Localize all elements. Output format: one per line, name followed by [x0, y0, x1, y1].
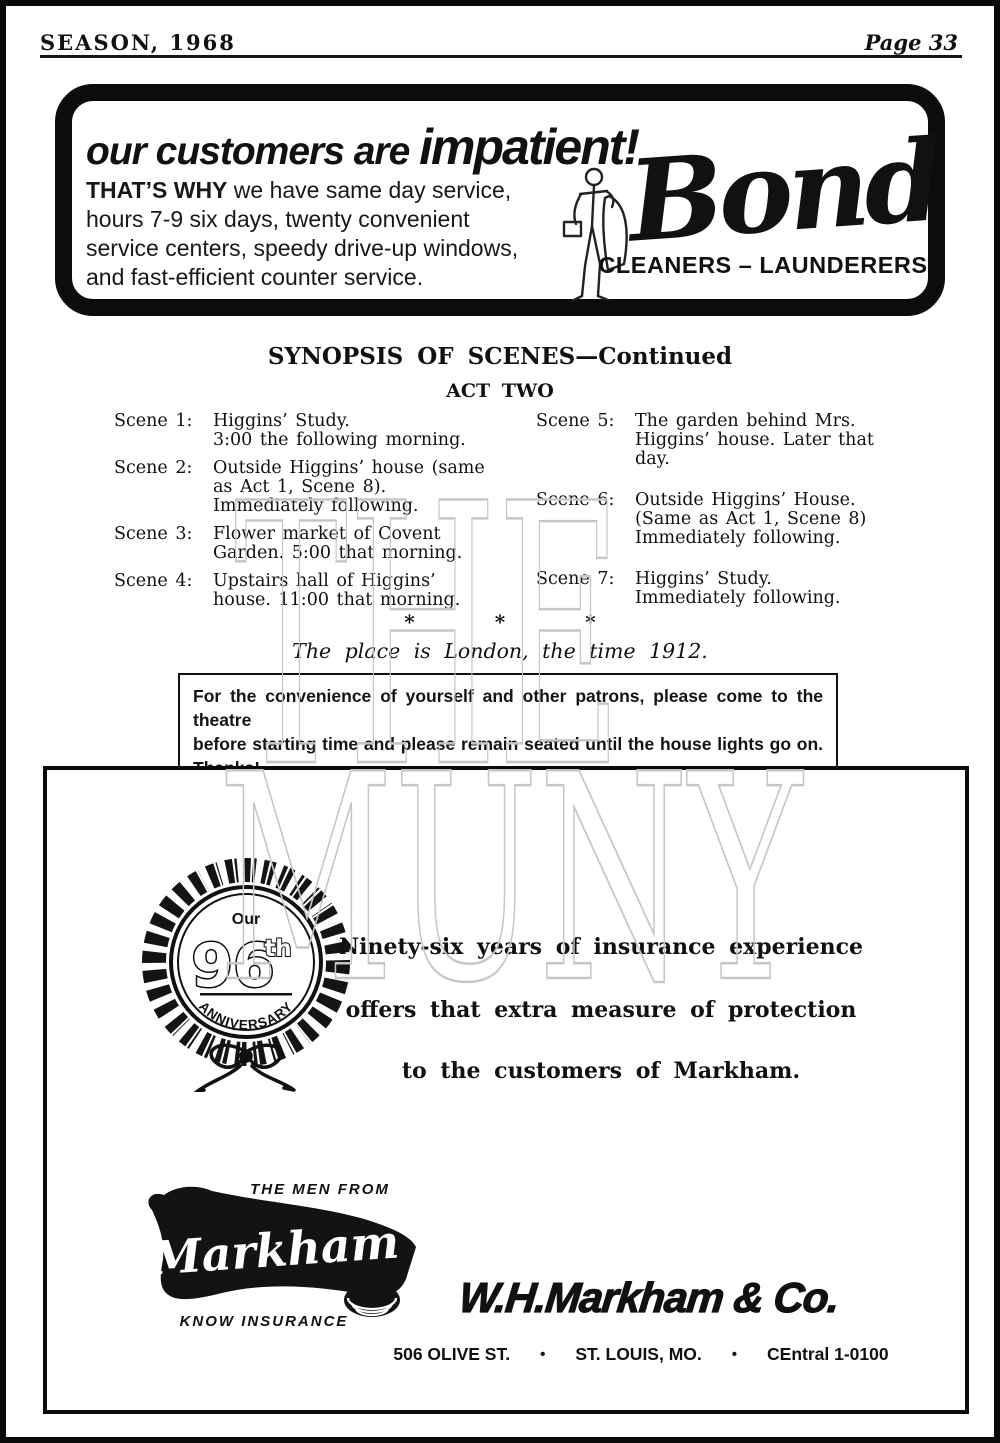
scene-separator-asterisks: * * * — [6, 610, 994, 634]
scene-column-left: Scene 1:Higgins’ Study.3:00 the followin… — [114, 412, 506, 619]
scene-description: Outside Higgins’ House.(Same as Act 1, S… — [635, 491, 936, 548]
wreath-our: Our — [232, 911, 260, 928]
season-label: SEASON, 1968 — [40, 30, 236, 55]
asterisk: * — [404, 610, 414, 634]
scene-label: Scene 1: — [114, 412, 213, 431]
address-bullet: • — [732, 1346, 737, 1363]
scene-row: Scene 2:Outside Higgins’ house (sameas A… — [114, 459, 506, 516]
address-phone: CEntral 1-0100 — [767, 1344, 889, 1365]
anniversary-wreath-icon: Our 96 th ANNIVERSARY — [130, 850, 362, 1092]
wreath-underline — [200, 993, 292, 996]
bond-body-copy: THAT’S WHY we have same day service, hou… — [86, 176, 546, 292]
scene-label: Scene 2: — [114, 459, 213, 478]
scene-description: The garden behind Mrs.Higgins’ house. La… — [635, 412, 936, 469]
address-city: ST. LOUIS, MO. — [575, 1344, 701, 1365]
flag-bottom-text: KNOW INSURANCE — [180, 1313, 349, 1330]
scene-row: Scene 3:Flower market of CoventGarden. 5… — [114, 525, 506, 563]
markham-flag-logo: THE MEN FROM Markham KNOW INSURANCE — [114, 1178, 428, 1330]
scene-description: Upstairs hall of Higgins’house. 11:00 th… — [213, 572, 506, 610]
asterisk: * — [495, 610, 505, 634]
place-time-line: The place is London, the time 1912. — [6, 639, 994, 663]
scene-label: Scene 6: — [536, 491, 635, 510]
scene-description: Flower market of CoventGarden. 5:00 that… — [213, 525, 506, 563]
page-number: Page 33 — [865, 30, 958, 55]
scene-row: Scene 1:Higgins’ Study.3:00 the followin… — [114, 412, 506, 450]
bond-body-lead: THAT’S WHY — [86, 177, 227, 203]
address-bullet: • — [540, 1346, 545, 1363]
scene-label: Scene 3: — [114, 525, 213, 544]
flag-top-text: THE MEN FROM — [250, 1181, 390, 1198]
scene-label: Scene 7: — [536, 570, 635, 589]
scene-label: Scene 5: — [536, 412, 635, 431]
scene-row: Scene 5:The garden behind Mrs.Higgins’ h… — [536, 412, 936, 469]
markham-address: 506 OLIVE ST. • ST. LOUIS, MO. • CEntral… — [236, 1344, 1000, 1365]
bond-brand-script: Bond — [614, 115, 952, 269]
bond-headline-text: our customers are — [86, 130, 419, 173]
asterisk: * — [585, 610, 595, 634]
scene-row: Scene 6:Outside Higgins’ House.(Same as … — [536, 491, 936, 548]
markham-copy-line-2: offers that extra measure of protection — [196, 997, 1000, 1023]
scene-description: Higgins’ Study.3:00 the following mornin… — [213, 412, 506, 450]
scene-row: Scene 7:Higgins’ Study.Immediately follo… — [536, 570, 936, 608]
synopsis-title: SYNOPSIS OF SCENES—Continued — [6, 343, 994, 370]
header-rule — [40, 55, 962, 58]
flag-scroll-curl-icon — [344, 1283, 400, 1317]
markham-copy-line-1: Ninety-six years of insurance experience — [196, 934, 1000, 960]
address-street: 506 OLIVE ST. — [393, 1344, 510, 1365]
scene-label: Scene 4: — [114, 572, 213, 591]
scene-row: Scene 4:Upstairs hall of Higgins’house. … — [114, 572, 506, 610]
scene-description: Higgins’ Study.Immediately following. — [635, 570, 936, 608]
program-page: SEASON, 1968 Page 33 our customers are i… — [0, 0, 1000, 1443]
markham-copy-line-3: to the customers of Markham. — [196, 1058, 1000, 1084]
notice-line-1: For the convenience of yourself and othe… — [193, 684, 823, 732]
bond-tagline: CLEANERS – LAUNDERERS — [598, 252, 928, 279]
act-heading: ACT TWO — [6, 380, 994, 402]
scene-column-right: Scene 5:The garden behind Mrs.Higgins’ h… — [536, 412, 936, 630]
scene-description: Outside Higgins’ house (sameas Act 1, Sc… — [213, 459, 506, 516]
markham-company-name: W.H.Markham & Co. — [451, 1274, 846, 1322]
